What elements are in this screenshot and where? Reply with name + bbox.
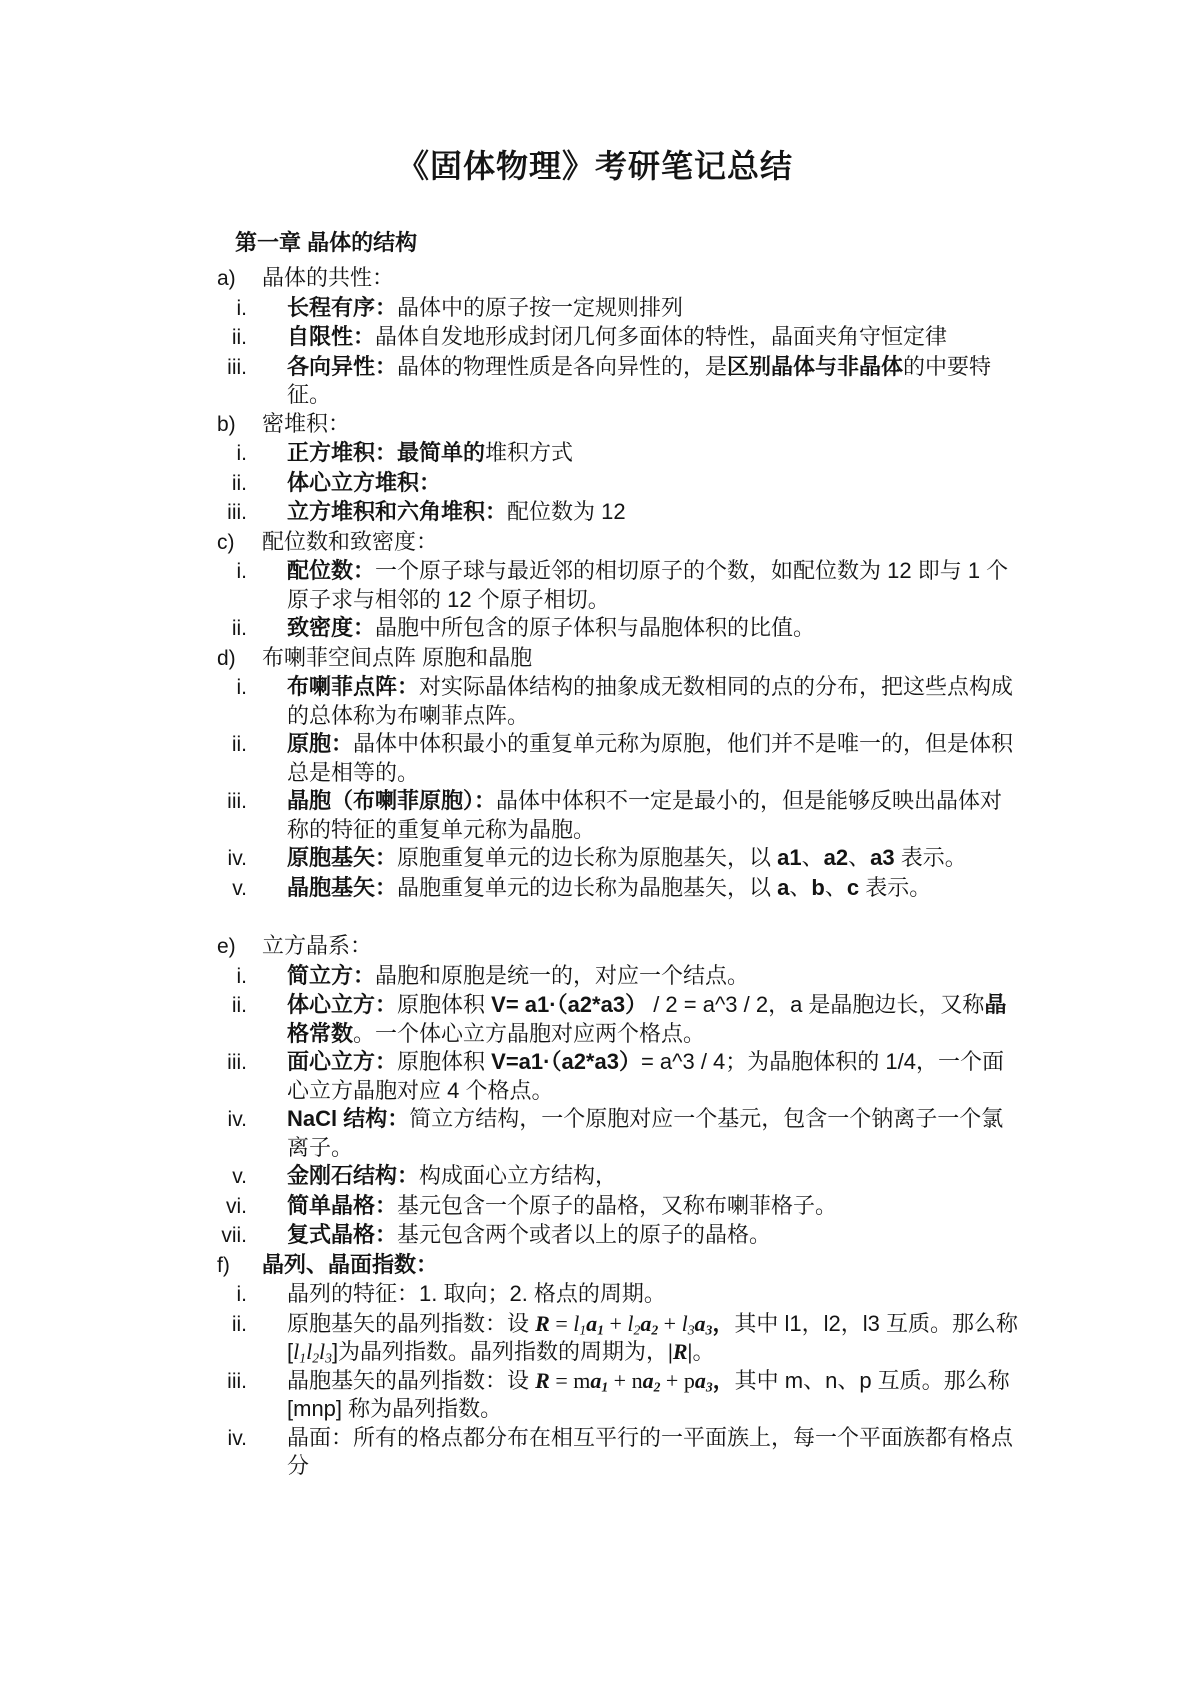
document-page: 《固体物理》考研笔记总结 第一章 晶体的结构 a)晶体的共性：i.长程有序：晶体…: [0, 0, 1190, 1683]
text-segment: 长程有序：: [287, 295, 397, 320]
item-content: 体心立方：原胞体积 V= a1·（a2*a3） / 2 = a^3 / 2，a …: [287, 991, 1019, 1048]
text-segment: 晶列、晶面指数：: [262, 1252, 438, 1277]
item-content: 致密度：晶胞中所包含的原子体积与晶胞体积的比值。: [287, 614, 1019, 643]
text-segment: 面心立方：: [287, 1049, 397, 1074]
item-content: 晶胞（布喇菲原胞）：晶体中体积不一定是最小的，但是能够反映出晶体对称的特征的重复…: [287, 787, 1019, 844]
item-marker: f): [217, 1252, 262, 1281]
text-segment: 2: [312, 1350, 319, 1365]
text-segment: 3: [688, 1322, 695, 1337]
text-segment: ，: [712, 1311, 734, 1336]
item-content: 密堆积：: [262, 410, 1010, 439]
item-content: 原胞：晶体中体积最小的重复单元称为原胞，他们并不是唯一的，但是体积总是相等的。: [287, 730, 1019, 787]
text-segment: 体心立方堆积：: [287, 470, 441, 495]
text-segment: 、: [825, 875, 847, 900]
text-segment: 自限性：: [287, 324, 375, 349]
item-content: 自限性：晶体自发地形成封闭几何多面体的特性，晶面夹角守恒定律: [287, 323, 1019, 352]
item-content: 简立方：晶胞和原胞是统一的，对应一个结点。: [287, 962, 1019, 991]
outline-item: i.配位数：一个原子球与最近邻的相切原子的个数，如配位数为 12 即与 1 个原…: [0, 557, 1190, 614]
text-segment: 基元包含一个原子的晶格，又称布喇菲格子。: [397, 1193, 837, 1218]
outline-item: iv.晶面：所有的格点都分布在相互平行的一平面族上，每一个平面族都有格点分: [0, 1424, 1190, 1481]
text-segment: 复式晶格：: [287, 1222, 397, 1247]
text-segment: 表示。: [859, 875, 931, 900]
text-segment: 金刚石结构：: [287, 1163, 419, 1188]
item-marker: c): [217, 529, 262, 558]
item-marker: ii.: [180, 992, 247, 1021]
outline-item: b)密堆积：: [0, 410, 1190, 440]
text-segment: 、: [789, 875, 811, 900]
text-segment: V=a1·（a2*a3）: [491, 1049, 641, 1074]
item-content: 晶列、晶面指数：: [262, 1251, 1010, 1280]
outline-spacer: [0, 903, 1190, 932]
text-segment: 立方堆积和六角堆积：: [287, 499, 507, 524]
outline-item: iv.NaCl 结构：简立方结构，一个原胞对应一个基元，包含一个钠离子一个氯离子…: [0, 1105, 1190, 1162]
text-segment: 原胞：: [287, 731, 353, 756]
item-marker: iv.: [180, 1425, 247, 1454]
text-segment: 配位数和致密度：: [262, 529, 438, 554]
text-segment: 致密度：: [287, 615, 375, 640]
outline-item: ii.自限性：晶体自发地形成封闭几何多面体的特性，晶面夹角守恒定律: [0, 323, 1190, 353]
outline-item: vii.复式晶格：基元包含两个或者以上的原子的晶格。: [0, 1221, 1190, 1251]
text-segment: 晶体自发地形成封闭几何多面体的特性，晶面夹角守恒定律: [375, 324, 947, 349]
outline-item: i.长程有序：晶体中的原子按一定规则排列: [0, 294, 1190, 324]
text-segment: 3: [325, 1350, 332, 1365]
outline-item: a)晶体的共性：: [0, 264, 1190, 294]
item-marker: i.: [180, 674, 247, 703]
text-segment: 晶列的特征：1. 取向；2. 格点的周期。: [287, 1281, 666, 1306]
outline-item: v.金刚石结构：构成面心立方结构，: [0, 1162, 1190, 1192]
text-segment: c: [847, 875, 859, 900]
item-marker: iii.: [180, 1049, 247, 1078]
outline-item: i.正方堆积：最简单的堆积方式: [0, 439, 1190, 469]
text-segment: 各向异性：: [287, 354, 397, 379]
text-segment: 堆积方式: [485, 440, 573, 465]
text-segment: 、: [848, 845, 870, 870]
item-content: 晶体的共性：: [262, 264, 1010, 293]
text-segment: 基元包含两个或者以上的原子的晶格。: [397, 1222, 771, 1247]
text-segment: 布喇菲点阵：: [287, 674, 419, 699]
text-segment: +: [604, 1311, 627, 1336]
text-segment: 。一个体心立方晶胞对应两个格点。: [353, 1021, 705, 1046]
text-segment: a: [643, 1368, 654, 1393]
text-segment: +: [658, 1311, 681, 1336]
text-segment: 简立方：: [287, 963, 375, 988]
text-segment: V= a1·（a2*a3）: [491, 992, 653, 1017]
text-segment: 晶面：所有的格点都分布在相互平行的一平面族上，每一个平面族都有格点分: [287, 1425, 1013, 1479]
item-content: 简单晶格：基元包含一个原子的晶格，又称布喇菲格子。: [287, 1192, 1019, 1221]
outline-item: iii.晶胞基矢的晶列指数：设 R = ma1 + na2 + pa3，其中 m…: [0, 1367, 1190, 1424]
chapter-heading: 第一章 晶体的结构: [235, 228, 1190, 258]
text-segment: |R|: [668, 1339, 692, 1364]
outline-item: ii.致密度：晶胞中所包含的原子体积与晶胞体积的比值。: [0, 614, 1190, 644]
item-content: NaCl 结构：简立方结构，一个原胞对应一个基元，包含一个钠离子一个氯离子。: [287, 1105, 1019, 1162]
outline-item: ii.体心立方堆积：: [0, 469, 1190, 499]
item-marker: e): [217, 933, 262, 962]
text-segment: 原胞体积: [397, 992, 491, 1017]
item-content: 配位数和致密度：: [262, 528, 1010, 557]
item-content: 晶胞基矢：晶胞重复单元的边长称为晶胞基矢，以 a、b、c 表示。: [287, 874, 1019, 903]
outline-item: c)配位数和致密度：: [0, 528, 1190, 558]
outline-item: vi.简单晶格：基元包含一个原子的晶格，又称布喇菲格子。: [0, 1192, 1190, 1222]
outline-item: v.晶胞基矢：晶胞重复单元的边长称为晶胞基矢，以 a、b、c 表示。: [0, 874, 1190, 904]
outline-item: i.晶列的特征：1. 取向；2. 格点的周期。: [0, 1280, 1190, 1310]
outline-item: ii.原胞基矢的晶列指数：设 R = l1a1 + l2a2 + l3a3，其中…: [0, 1310, 1190, 1367]
text-segment: 原胞体积: [397, 1049, 491, 1074]
item-content: 原胞基矢的晶列指数：设 R = l1a1 + l2a2 + l3a3，其中 l1…: [287, 1310, 1019, 1367]
item-marker: d): [217, 645, 262, 674]
outline-item: f)晶列、晶面指数：: [0, 1251, 1190, 1281]
item-marker: i.: [180, 440, 247, 469]
text-segment: 晶胞和原胞是统一的，对应一个结点。: [375, 963, 749, 988]
item-marker: ii.: [180, 731, 247, 760]
text-segment: 原胞重复单元的边长称为原胞基矢，以: [397, 845, 777, 870]
item-marker: iii.: [180, 354, 247, 383]
text-segment: 3: [706, 1379, 713, 1394]
text-segment: ，: [713, 1368, 735, 1393]
item-marker: iii.: [180, 499, 247, 528]
text-segment: 立方晶系：: [262, 933, 372, 958]
text-segment: a: [695, 1311, 706, 1336]
item-marker: i.: [180, 295, 247, 324]
text-segment: 密堆积：: [262, 411, 350, 436]
text-segment: 晶胞重复单元的边长称为晶胞基矢，以: [397, 875, 777, 900]
text-segment: m: [573, 1368, 590, 1393]
text-segment: 构成面心立方结构，: [419, 1163, 617, 1188]
item-content: 立方堆积和六角堆积：配位数为 12: [287, 498, 1019, 527]
text-segment: 一个原子球与最近邻的相切原子的个数，如配位数为 12 即与 1 个原子求与相邻的…: [287, 558, 1008, 612]
text-segment: 晶胞基矢：: [287, 875, 397, 900]
outline-item: iii.立方堆积和六角堆积：配位数为 12: [0, 498, 1190, 528]
text-segment: 晶胞（布喇菲原胞）：: [287, 788, 496, 813]
text-segment: 晶体的物理性质是各向异性的，是: [397, 354, 727, 379]
text-segment: R: [535, 1311, 550, 1336]
item-content: 长程有序：晶体中的原子按一定规则排列: [287, 294, 1019, 323]
outline-item: iii.面心立方：原胞体积 V=a1·（a2*a3）= a^3 / 4；为晶胞体…: [0, 1048, 1190, 1105]
item-marker: ii.: [180, 615, 247, 644]
item-content: 布喇菲空间点阵 原胞和晶胞: [262, 644, 1010, 673]
text-segment: a: [777, 875, 789, 900]
item-marker: vi.: [180, 1193, 247, 1222]
text-segment: =: [550, 1368, 573, 1393]
item-content: 晶胞基矢的晶列指数：设 R = ma1 + na2 + pa3，其中 m、n、p…: [287, 1367, 1019, 1424]
item-marker: iv.: [180, 1106, 247, 1135]
item-content: 复式晶格：基元包含两个或者以上的原子的晶格。: [287, 1221, 1019, 1250]
item-content: 晶列的特征：1. 取向；2. 格点的周期。: [287, 1280, 1019, 1309]
text-segment: 、: [802, 845, 824, 870]
item-marker: ii.: [180, 324, 247, 353]
text-segment: a: [590, 1368, 601, 1393]
item-marker: i.: [180, 1281, 247, 1310]
text-segment: 正方堆积：最简单的: [287, 440, 485, 465]
text-segment: 体心立方：: [287, 992, 397, 1017]
item-content: 晶面：所有的格点都分布在相互平行的一平面族上，每一个平面族都有格点分: [287, 1424, 1019, 1481]
text-segment: 原胞基矢的晶列指数：设: [287, 1311, 535, 1336]
item-marker: iv.: [180, 845, 247, 874]
text-segment: 1: [597, 1322, 604, 1337]
outline-item: iv.原胞基矢：原胞重复单元的边长称为原胞基矢，以 a1、a2、a3 表示。: [0, 844, 1190, 874]
text-segment: 晶体中的原子按一定规则排列: [397, 295, 683, 320]
text-segment: 晶胞基矢的晶列指数：设: [287, 1368, 535, 1393]
item-marker: a): [217, 265, 262, 294]
text-segment: 。: [692, 1339, 714, 1364]
item-content: 立方晶系：: [262, 932, 1010, 961]
text-segment: 晶体中体积最小的重复单元称为原胞，他们并不是唯一的，但是体积总是相等的。: [287, 731, 1013, 785]
item-content: 正方堆积：最简单的堆积方式: [287, 439, 1019, 468]
text-segment: R: [535, 1368, 550, 1393]
outline-item: ii.体心立方：原胞体积 V= a1·（a2*a3） / 2 = a^3 / 2…: [0, 991, 1190, 1048]
outline-item: e)立方晶系：: [0, 932, 1190, 962]
page-title: 《固体物理》考研笔记总结: [0, 0, 1190, 186]
outline: a)晶体的共性：i.长程有序：晶体中的原子按一定规则排列ii.自限性：晶体自发地…: [0, 264, 1190, 1481]
outline-item: iii.各向异性：晶体的物理性质是各向异性的，是区别晶体与非晶体的中要特征。: [0, 353, 1190, 410]
item-marker: ii.: [180, 470, 247, 499]
outline-item: ii.原胞：晶体中体积最小的重复单元称为原胞，他们并不是唯一的，但是体积总是相等…: [0, 730, 1190, 787]
text-segment: a1: [777, 845, 801, 870]
item-marker: i.: [180, 558, 247, 587]
text-segment: / 2 = a^3 / 2，a 是晶胞边长，又称: [653, 992, 984, 1017]
item-content: 原胞基矢：原胞重复单元的边长称为原胞基矢，以 a1、a2、a3 表示。: [287, 844, 1019, 873]
item-marker: vii.: [180, 1222, 247, 1251]
text-segment: 表示。: [895, 845, 967, 870]
text-segment: 晶体的共性：: [262, 265, 394, 290]
item-marker: iii.: [180, 1368, 247, 1397]
text-segment: 原胞基矢：: [287, 845, 397, 870]
text-segment: =: [550, 1311, 573, 1336]
item-content: 面心立方：原胞体积 V=a1·（a2*a3）= a^3 / 4；为晶胞体积的 1…: [287, 1048, 1019, 1105]
item-content: 体心立方堆积：: [287, 469, 1019, 498]
item-marker: ii.: [180, 1311, 247, 1340]
text-segment: b: [811, 875, 824, 900]
outline-item: i.布喇菲点阵：对实际晶体结构的抽象成无数相同的点的分布，把这些点构成的总体称为…: [0, 673, 1190, 730]
outline-item: iii.晶胞（布喇菲原胞）：晶体中体积不一定是最小的，但是能够反映出晶体对称的特…: [0, 787, 1190, 844]
outline-item: i.简立方：晶胞和原胞是统一的，对应一个结点。: [0, 962, 1190, 992]
text-segment: NaCl 结构：: [287, 1106, 409, 1131]
text-segment: 区别晶体与非晶体: [727, 354, 903, 379]
item-marker: v.: [180, 875, 247, 904]
item-content: 布喇菲点阵：对实际晶体结构的抽象成无数相同的点的分布，把这些点构成的总体称为布喇…: [287, 673, 1019, 730]
text-segment: + p: [660, 1368, 694, 1393]
text-segment: 配位数为 12: [507, 499, 626, 524]
text-segment: 简单晶格：: [287, 1193, 397, 1218]
item-marker: i.: [180, 963, 247, 992]
text-segment: a2: [824, 845, 848, 870]
item-marker: b): [217, 411, 262, 440]
text-segment: 配位数：: [287, 558, 375, 583]
item-content: 各向异性：晶体的物理性质是各向异性的，是区别晶体与非晶体的中要特征。: [287, 353, 1019, 410]
item-marker: v.: [180, 1163, 247, 1192]
text-segment: 布喇菲空间点阵 原胞和晶胞: [262, 645, 532, 670]
text-segment: a: [640, 1311, 651, 1336]
text-segment: + n: [608, 1368, 642, 1393]
text-segment: a: [695, 1368, 706, 1393]
item-marker: iii.: [180, 788, 247, 817]
outline-item: d)布喇菲空间点阵 原胞和晶胞: [0, 644, 1190, 674]
item-content: 配位数：一个原子球与最近邻的相切原子的个数，如配位数为 12 即与 1 个原子求…: [287, 557, 1019, 614]
item-content: 金刚石结构：构成面心立方结构，: [287, 1162, 1019, 1191]
text-segment: 晶胞中所包含的原子体积与晶胞体积的比值。: [375, 615, 815, 640]
text-segment: ]为晶列指数。晶列指数的周期为，: [332, 1339, 668, 1364]
text-segment: a3: [870, 845, 894, 870]
text-segment: a: [586, 1311, 597, 1336]
